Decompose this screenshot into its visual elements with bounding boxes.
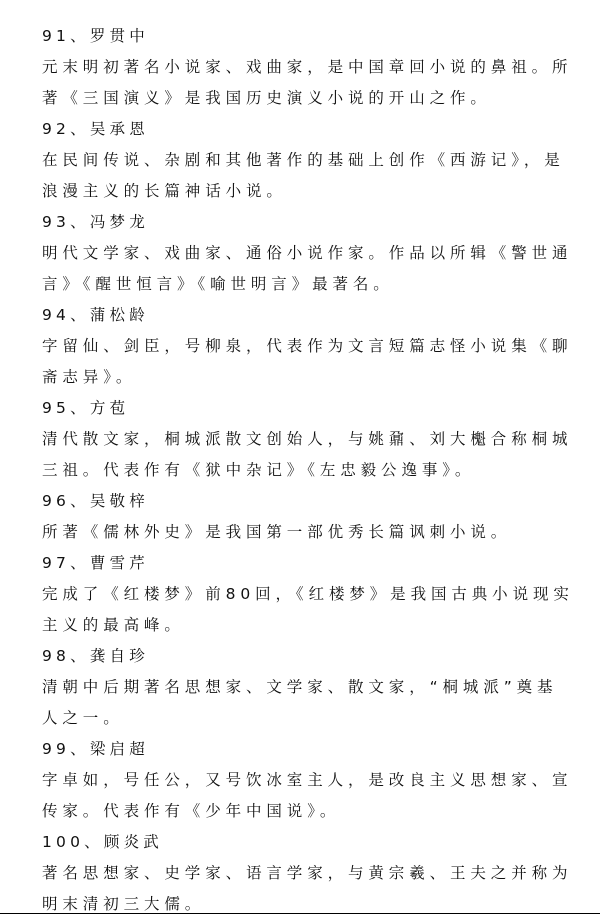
entry-text-line: 浪漫主义的长篇神话小说。 bbox=[42, 176, 572, 207]
document-body: 91、罗贯中 元末明初著名小说家、戏曲家，是中国章回小说的鼻祖。所 著《三国演义… bbox=[42, 21, 572, 918]
entry-text-line: 言》《醒世恒言》《喻世明言》最著名。 bbox=[42, 269, 572, 300]
entry-97: 97、曹雪芹 完成了《红楼梦》前80回，《红楼梦》是我国古典小说现实 主义的最高… bbox=[42, 548, 572, 641]
entry-96: 96、吴敬梓 所著《儒林外史》是我国第一部优秀长篇讽刺小说。 bbox=[42, 486, 572, 548]
entry-text-line: 完成了《红楼梦》前80回，《红楼梦》是我国古典小说现实 bbox=[42, 579, 572, 610]
entry-heading: 94、蒲松龄 bbox=[42, 300, 572, 331]
entry-text-line: 字卓如，号任公，又号饮冰室主人，是改良主义思想家、宣 bbox=[42, 765, 572, 796]
entry-text-line: 斋志异》。 bbox=[42, 362, 572, 393]
entry-93: 93、冯梦龙 明代文学家、戏曲家、通俗小说作家。作品以所辑《警世通 言》《醒世恒… bbox=[42, 207, 572, 300]
entry-heading: 96、吴敬梓 bbox=[42, 486, 572, 517]
entry-heading: 91、罗贯中 bbox=[42, 21, 572, 52]
entry-heading: 95、方苞 bbox=[42, 393, 572, 424]
entry-text-line: 所著《儒林外史》是我国第一部优秀长篇讽刺小说。 bbox=[42, 517, 572, 548]
entry-98: 98、龚自珍 清朝中后期著名思想家、文学家、散文家，“桐城派”奠基 人之一。 bbox=[42, 641, 572, 734]
entry-91: 91、罗贯中 元末明初著名小说家、戏曲家，是中国章回小说的鼻祖。所 著《三国演义… bbox=[42, 21, 572, 114]
entry-100: 100、顾炎武 著名思想家、史学家、语言学家，与黄宗羲、王夫之并称为 明末清初三… bbox=[42, 827, 572, 918]
entry-95: 95、方苞 清代散文家，桐城派散文创始人，与姚鼐、刘大櫆合称桐城 三祖。代表作有… bbox=[42, 393, 572, 486]
page-bottom-rule bbox=[0, 913, 600, 914]
entry-text-line: 三祖。代表作有《狱中杂记》《左忠毅公逸事》。 bbox=[42, 455, 572, 486]
entry-heading: 92、吴承恩 bbox=[42, 114, 572, 145]
entry-text-line: 著名思想家、史学家、语言学家，与黄宗羲、王夫之并称为 bbox=[42, 858, 572, 889]
entry-text-line: 明代文学家、戏曲家、通俗小说作家。作品以所辑《警世通 bbox=[42, 238, 572, 269]
entry-92: 92、吴承恩 在民间传说、杂剧和其他著作的基础上创作《西游记》，是 浪漫主义的长… bbox=[42, 114, 572, 207]
entry-text-line: 清朝中后期著名思想家、文学家、散文家，“桐城派”奠基 bbox=[42, 672, 572, 703]
entry-text-line: 在民间传说、杂剧和其他著作的基础上创作《西游记》，是 bbox=[42, 145, 572, 176]
entry-heading: 97、曹雪芹 bbox=[42, 548, 572, 579]
entry-text-line: 人之一。 bbox=[42, 703, 572, 734]
entry-heading: 99、梁启超 bbox=[42, 734, 572, 765]
entry-text-line: 字留仙、剑臣，号柳泉，代表作为文言短篇志怪小说集《聊 bbox=[42, 331, 572, 362]
entry-heading: 93、冯梦龙 bbox=[42, 207, 572, 238]
entry-text-line: 元末明初著名小说家、戏曲家，是中国章回小说的鼻祖。所 bbox=[42, 52, 572, 83]
entry-99: 99、梁启超 字卓如，号任公，又号饮冰室主人，是改良主义思想家、宣 传家。代表作… bbox=[42, 734, 572, 827]
entry-text-line: 清代散文家，桐城派散文创始人，与姚鼐、刘大櫆合称桐城 bbox=[42, 424, 572, 455]
entry-text-line: 传家。代表作有《少年中国说》。 bbox=[42, 796, 572, 827]
entry-heading: 98、龚自珍 bbox=[42, 641, 572, 672]
entry-heading: 100、顾炎武 bbox=[42, 827, 572, 858]
entry-94: 94、蒲松龄 字留仙、剑臣，号柳泉，代表作为文言短篇志怪小说集《聊 斋志异》。 bbox=[42, 300, 572, 393]
entry-text-line: 主义的最高峰。 bbox=[42, 610, 572, 641]
entry-text-line: 著《三国演义》是我国历史演义小说的开山之作。 bbox=[42, 83, 572, 114]
